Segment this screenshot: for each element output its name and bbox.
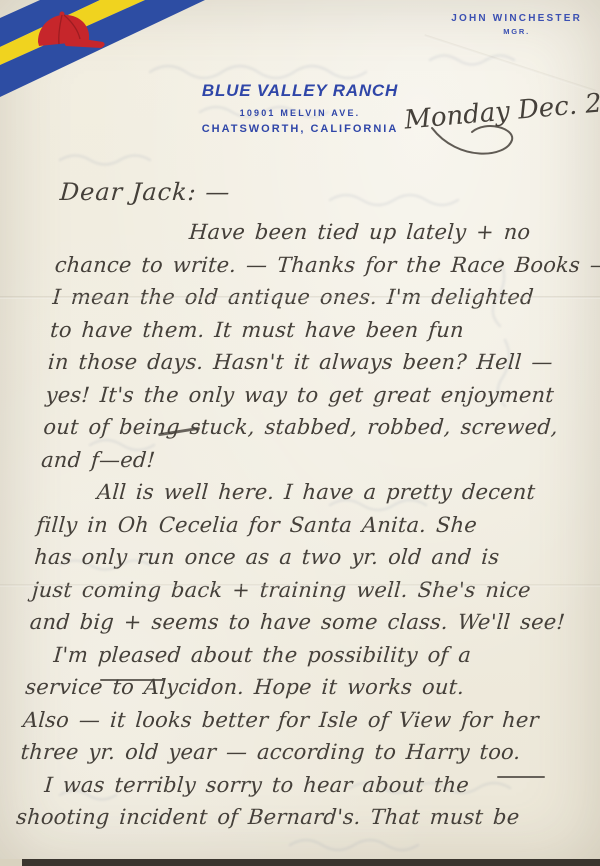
letter-line: shooting incident of Bernard's. That mus… — [15, 801, 561, 834]
letter-line: filly in Oh Cecelia for Santa Anita. She — [36, 509, 582, 542]
fold-crease — [0, 296, 600, 299]
letter-line: has only run once as a two yr. old and i… — [33, 541, 579, 574]
salutation: Dear Jack: — — [58, 178, 600, 216]
letter-line: and big + seems to have some class. We'l… — [29, 606, 575, 639]
letter-line: out of being stuck, stabbed, robbed, scr… — [42, 411, 588, 444]
letter-line: and f—ed! — [40, 444, 586, 477]
letter-page: JOHN WINCHESTER MGR. BLUE VALLEY RANCH 1… — [0, 0, 600, 866]
letter-body: Dear Jack: — Have been tied up lately + … — [15, 178, 600, 834]
letter-line: I was terribly sorry to hear about the — [43, 769, 563, 802]
letter-line: in those days. Hasn't it always been? He… — [47, 346, 593, 379]
letter-line: three yr. old year — according to Harry … — [20, 736, 566, 769]
letter-line: Also — it looks better for Isle of View … — [22, 704, 568, 737]
letter-line: to have them. It must have been fun — [49, 314, 595, 347]
ink-underline-mark — [497, 776, 545, 778]
scan-edge-notch — [0, 859, 22, 866]
letter-line: All is well here. I have a pretty decent — [96, 476, 584, 509]
letter-line: I'm pleased about the possibility of a — [52, 639, 572, 672]
letter-line: service to Alycidon. Hope it works out. — [24, 671, 570, 704]
letter-line: just coming back + training well. She's … — [31, 574, 577, 607]
scan-edge — [0, 859, 600, 866]
letter-line: Have been tied up lately + no — [188, 216, 600, 249]
ink-underline-mark — [100, 679, 164, 681]
letter-line: chance to write. — Thanks for the Race B… — [54, 249, 600, 282]
manager-name: JOHN WINCHESTER — [451, 13, 582, 24]
fold-crease — [0, 584, 600, 587]
manager-block: JOHN WINCHESTER MGR. — [451, 13, 582, 36]
manager-title: MGR. — [451, 27, 582, 36]
letter-line: yes! It's the only way to get great enjo… — [45, 379, 591, 412]
